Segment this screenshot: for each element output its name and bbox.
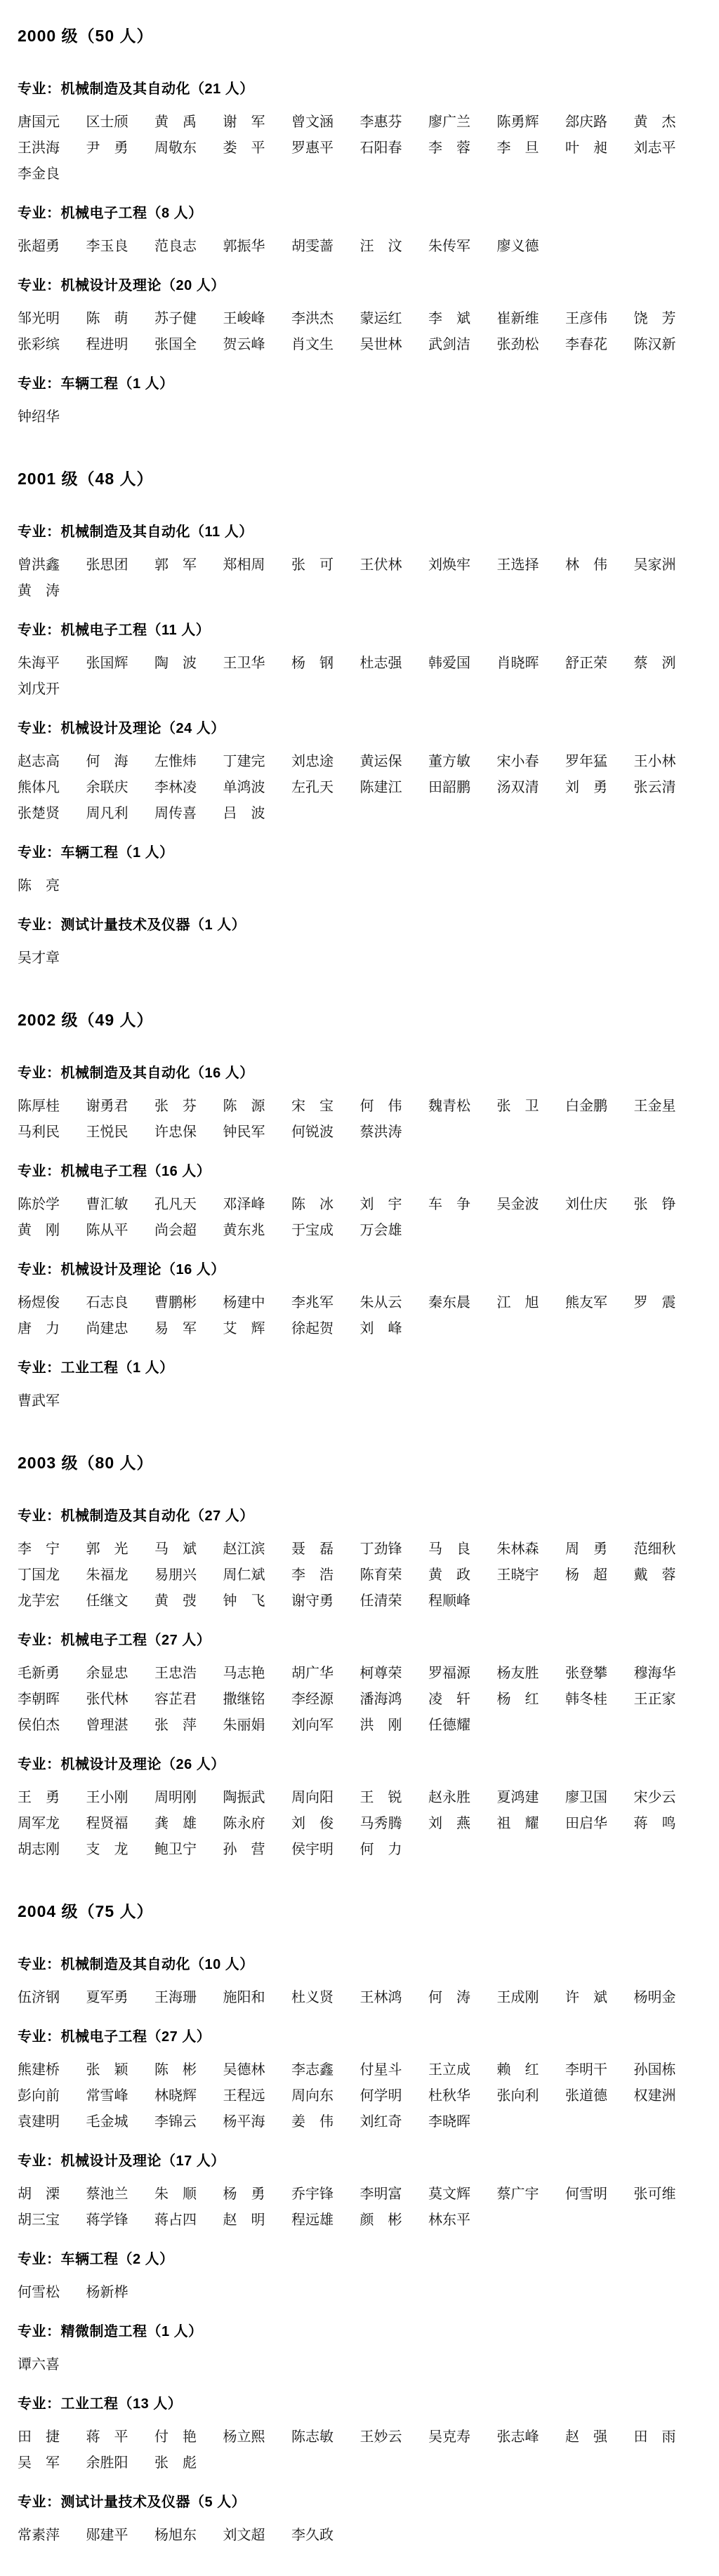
person-name: 丁国龙 (18, 1568, 86, 1583)
person-name: 张 颖 (86, 2063, 155, 2078)
person-name: 任清荣 (360, 1594, 429, 1609)
person-name: 周明刚 (154, 1791, 223, 1805)
person-name: 黄东兆 (223, 1223, 292, 1238)
person-name: 李兆军 (291, 1296, 360, 1310)
person-name: 龚 雄 (154, 1817, 223, 1831)
major-title: 专业：测试计量技术及仪器（5 人） (18, 2495, 702, 2510)
person-name: 姜 伟 (291, 2115, 360, 2130)
person-name: 毛新勇 (18, 1666, 86, 1681)
person-name: 王成刚 (497, 1991, 566, 2005)
person-name: 周凡利 (86, 806, 155, 821)
names-grid: 陈於学 曹汇敏 孔凡天 邓泽峰 陈 冰 刘 宇 车 争 吴金波 刘仕庆 张 铮 … (18, 1197, 702, 1238)
person-name: 莫文辉 (428, 2187, 497, 2202)
person-name: 舒正荣 (565, 656, 634, 671)
person-name: 付星斗 (360, 2063, 429, 2078)
major-title: 专业：机械制造及其自动化（10 人） (18, 1957, 702, 1972)
major-title: 专业：工业工程（13 人） (18, 2396, 702, 2412)
major-title: 专业：机械制造及其自动化（21 人） (18, 81, 702, 97)
cohort-section: 2001 级（48 人） 专业：机械制造及其自动化（11 人） 曾洪鑫 张思团 … (18, 470, 702, 966)
person-name: 李朝晖 (18, 1692, 86, 1707)
person-name: 汪 汶 (360, 239, 429, 254)
major-title: 专业：机械电子工程（16 人） (18, 1164, 702, 1179)
cohort-title: 2004 级（75 人） (18, 1902, 702, 1920)
person-name: 刘仕庆 (565, 1197, 634, 1212)
person-name: 魏青松 (428, 1099, 497, 1114)
person-name: 张国全 (154, 338, 223, 352)
major-section: 专业：精微制造工程（1 人） 谭六喜 (18, 2324, 702, 2372)
person-name: 杨 钢 (291, 656, 360, 671)
major-section: 专业：机械制造及其自动化（16 人） 陈厚桂 谢勇君 张 芬 陈 源 宋 宝 何… (18, 1065, 702, 1140)
names-grid: 朱海平 张国辉 陶 波 王卫华 杨 钢 杜志强 韩爱国 肖晓晖 舒正荣 蔡 洌 … (18, 656, 702, 697)
person-name: 崔新维 (497, 312, 566, 326)
person-name: 田 雨 (634, 2430, 703, 2445)
person-name: 罗惠平 (291, 141, 360, 156)
names-grid: 赵志高 何 海 左惟炜 丁建完 刘忠途 黄运保 董方敏 宋小春 罗年猛 王小林 … (18, 755, 702, 821)
person-name: 熊友军 (565, 1296, 634, 1310)
person-name: 刘红奇 (360, 2115, 429, 2130)
major-title: 专业：测试计量技术及仪器（1 人） (18, 917, 702, 933)
person-name: 朱从云 (360, 1296, 429, 1310)
person-name: 李 旦 (497, 141, 566, 156)
person-name: 周敬东 (154, 141, 223, 156)
major-title: 专业：精微制造工程（1 人） (18, 2324, 702, 2339)
major-title: 专业：机械设计及理论（20 人） (18, 278, 702, 293)
person-name: 蔡 洌 (634, 656, 703, 671)
document-page: 2000 级（50 人） 专业：机械制造及其自动化（21 人） 唐国元 区士颀 … (0, 0, 719, 2576)
person-name: 程进明 (86, 338, 155, 352)
person-name: 周军龙 (18, 1817, 86, 1831)
major-title: 专业：机械设计及理论（17 人） (18, 2153, 702, 2169)
person-name: 彭向前 (18, 2089, 86, 2104)
person-name: 赵志高 (18, 755, 86, 769)
person-name: 张 可 (291, 558, 360, 573)
person-name: 吕 波 (223, 806, 292, 821)
person-name: 钟绍华 (18, 410, 86, 425)
person-name: 王洪海 (18, 141, 86, 156)
person-name: 徐起贺 (291, 1322, 360, 1336)
person-name: 杨建中 (223, 1296, 292, 1310)
cohort-section: 2000 级（50 人） 专业：机械制造及其自动化（21 人） 唐国元 区士颀 … (18, 27, 702, 425)
person-name: 王程远 (223, 2089, 292, 2104)
names-grid: 吴才章 (18, 951, 702, 966)
person-name: 陈 亮 (18, 879, 86, 894)
person-name: 陈於学 (18, 1197, 86, 1212)
person-name: 李晓晖 (428, 2115, 497, 2130)
person-name: 张国辉 (86, 656, 155, 671)
person-name: 李金良 (18, 167, 86, 182)
person-name: 聂 磊 (291, 1542, 360, 1557)
names-grid: 王 勇 王小刚 周明刚 陶振武 周向阳 王 锐 赵永胜 夏鸿建 廖卫国 宋少云 … (18, 1791, 702, 1857)
person-name: 赵江滨 (223, 1542, 292, 1557)
person-name: 程远雄 (291, 2213, 360, 2228)
person-name: 陈汉新 (634, 338, 703, 352)
person-name: 李洪杰 (291, 312, 360, 326)
person-name: 曾理湛 (86, 1718, 155, 1733)
person-name: 毛金城 (86, 2115, 155, 2130)
major-section: 专业：机械电子工程（27 人） 毛新勇 余显忠 王忠浩 马志艳 胡广华 柯尊荣 … (18, 1633, 702, 1733)
names-grid: 唐国元 区士颀 黄 禹 谢 军 曾文涵 李惠芬 廖广兰 陈勇辉 郐庆路 黄 杰 … (18, 115, 702, 182)
major-section: 专业：车辆工程（1 人） 钟绍华 (18, 376, 702, 425)
major-section: 专业：机械设计及理论（24 人） 赵志高 何 海 左惟炜 丁建完 刘忠途 黄运保… (18, 721, 702, 821)
person-name: 刘 宇 (360, 1197, 429, 1212)
person-name: 曾文涵 (291, 115, 360, 130)
person-name: 付 艳 (154, 2430, 223, 2445)
person-name: 赖 红 (497, 2063, 566, 2078)
person-name: 朱 顺 (154, 2187, 223, 2202)
major-section: 专业：机械制造及其自动化（21 人） 唐国元 区士颀 黄 禹 谢 军 曾文涵 李… (18, 81, 702, 182)
person-name: 颜 彬 (360, 2213, 429, 2228)
person-name: 邓泽峰 (223, 1197, 292, 1212)
person-name: 李久政 (291, 2528, 360, 2543)
person-name: 陈永府 (223, 1817, 292, 1831)
person-name: 王金星 (634, 1099, 703, 1114)
person-name: 马 良 (428, 1542, 497, 1557)
person-name: 程贤福 (86, 1817, 155, 1831)
person-name: 肖晓晖 (497, 656, 566, 671)
major-section: 专业：测试计量技术及仪器（5 人） 常素萍 郧建平 杨旭东 刘文超 李久政 (18, 2495, 702, 2543)
person-name: 李 斌 (428, 312, 497, 326)
person-name: 范细秋 (634, 1542, 703, 1557)
major-title: 专业：机械电子工程（27 人） (18, 1633, 702, 1648)
names-grid: 邹光明 陈 萌 苏子健 王峻峰 李洪杰 蒙运红 李 斌 崔新维 王彦伟 饶 芳 … (18, 312, 702, 352)
major-section: 专业：机械设计及理论（16 人） 杨煜俊 石志良 曹鹏彬 杨建中 李兆军 朱从云… (18, 1262, 702, 1336)
person-name: 王小林 (634, 755, 703, 769)
names-grid: 谭六喜 (18, 2358, 702, 2372)
person-name: 程顺峰 (428, 1594, 497, 1609)
person-name: 吴世林 (360, 338, 429, 352)
person-name: 蒋 平 (86, 2430, 155, 2445)
major-section: 专业：工业工程（1 人） 曹武军 (18, 1360, 702, 1409)
person-name: 曾洪鑫 (18, 558, 86, 573)
person-name: 杜义贤 (291, 1991, 360, 2005)
person-name: 王 锐 (360, 1791, 429, 1805)
person-name: 李明富 (360, 2187, 429, 2202)
person-name: 张 铮 (634, 1197, 703, 1212)
person-name: 王 勇 (18, 1791, 86, 1805)
cohort-section: 2003 级（80 人） 专业：机械制造及其自动化（27 人） 李 宁 郭 光 … (18, 1454, 702, 1857)
person-name: 周仁斌 (223, 1568, 292, 1583)
person-name: 蔡广宇 (497, 2187, 566, 2202)
major-section: 专业：机械设计及理论（26 人） 王 勇 王小刚 周明刚 陶振武 周向阳 王 锐… (18, 1757, 702, 1857)
person-name: 杨平海 (223, 2115, 292, 2130)
major-section: 专业：机械电子工程（11 人） 朱海平 张国辉 陶 波 王卫华 杨 钢 杜志强 … (18, 623, 702, 697)
person-name: 王伏林 (360, 558, 429, 573)
person-name: 熊体凡 (18, 781, 86, 795)
person-name: 杨友胜 (497, 1666, 566, 1681)
person-name: 陶振武 (223, 1791, 292, 1805)
person-name: 余胜阳 (86, 2456, 155, 2471)
person-name: 饶 芳 (634, 312, 703, 326)
person-name: 娄 平 (223, 141, 292, 156)
major-title: 专业：工业工程（1 人） (18, 1360, 702, 1376)
major-title: 专业：机械制造及其自动化（11 人） (18, 524, 702, 540)
names-grid: 胡 溧 蔡池兰 朱 顺 杨 勇 乔宇锋 李明富 莫文辉 蔡广宇 何雪明 张可维 … (18, 2187, 702, 2228)
person-name: 唐 力 (18, 1322, 86, 1336)
person-name: 杜志强 (360, 656, 429, 671)
major-title: 专业：车辆工程（2 人） (18, 2252, 702, 2267)
person-name: 廖义德 (497, 239, 566, 254)
person-name: 刘戊开 (18, 682, 86, 697)
person-name: 田 捷 (18, 2430, 86, 2445)
person-name: 车 争 (428, 1197, 497, 1212)
person-name: 韩爱国 (428, 656, 497, 671)
person-name: 张 芬 (154, 1099, 223, 1114)
person-name: 陈 萌 (86, 312, 155, 326)
person-name: 龙芋宏 (18, 1594, 86, 1609)
person-name: 张可维 (634, 2187, 703, 2202)
person-name: 林东平 (428, 2213, 497, 2228)
person-name: 李玉良 (86, 239, 155, 254)
person-name: 王立成 (428, 2063, 497, 2078)
major-section: 专业：工业工程（13 人） 田 捷 蒋 平 付 艳 杨立熙 陈志敏 王妙云 吴克… (18, 2396, 702, 2471)
person-name: 易 军 (154, 1322, 223, 1336)
person-name: 张向利 (497, 2089, 566, 2104)
person-name: 吴家洲 (634, 558, 703, 573)
person-name: 王彦伟 (565, 312, 634, 326)
person-name: 石阳春 (360, 141, 429, 156)
person-name: 袁建明 (18, 2115, 86, 2130)
person-name: 张 彪 (154, 2456, 223, 2471)
person-name: 任德耀 (428, 1718, 497, 1733)
person-name: 叶 昶 (565, 141, 634, 156)
person-name: 陈建江 (360, 781, 429, 795)
person-name: 廖广兰 (428, 115, 497, 130)
names-grid: 陈厚桂 谢勇君 张 芬 陈 源 宋 宝 何 伟 魏青松 张 卫 白金鹏 王金星 … (18, 1099, 702, 1140)
person-name: 吴 军 (18, 2456, 86, 2471)
names-grid: 曾洪鑫 张思团 郭 军 郑相周 张 可 王伏林 刘焕牢 王选择 林 伟 吴家洲 … (18, 558, 702, 599)
person-name: 乔宇锋 (291, 2187, 360, 2202)
person-name: 武剑洁 (428, 338, 497, 352)
person-name: 陈育荣 (360, 1568, 429, 1583)
person-name: 蒋 鸣 (634, 1817, 703, 1831)
person-name: 秦东晨 (428, 1296, 497, 1310)
person-name: 何雪松 (18, 2285, 86, 2300)
major-section: 专业：机械制造及其自动化（10 人） 伍济钢 夏军勇 王海珊 施阳和 杜义贤 王… (18, 1957, 702, 2005)
names-grid: 何雪松 杨新桦 (18, 2285, 702, 2300)
person-name: 戴 蓉 (634, 1568, 703, 1583)
major-title: 专业：机械制造及其自动化（16 人） (18, 1065, 702, 1081)
major-title: 专业：车辆工程（1 人） (18, 376, 702, 392)
person-name: 刘志平 (634, 141, 703, 156)
major-section: 专业：测试计量技术及仪器（1 人） 吴才章 (18, 917, 702, 966)
person-name: 黄 弢 (154, 1594, 223, 1609)
person-name: 林晓辉 (154, 2089, 223, 2104)
person-name: 张志峰 (497, 2430, 566, 2445)
major-section: 专业：机械电子工程（16 人） 陈於学 曹汇敏 孔凡天 邓泽峰 陈 冰 刘 宇 … (18, 1164, 702, 1238)
major-section: 专业：机械电子工程（8 人） 张超勇 李玉良 范良志 郭振华 胡雯蔷 汪 汶 朱… (18, 206, 702, 254)
person-name: 王妙云 (360, 2430, 429, 2445)
person-name: 穆海华 (634, 1666, 703, 1681)
person-name: 蒋占四 (154, 2213, 223, 2228)
person-name: 黄 禹 (154, 115, 223, 130)
person-name: 周向东 (291, 2089, 360, 2104)
person-name: 何学明 (360, 2089, 429, 2104)
person-name: 刘焕牢 (428, 558, 497, 573)
person-name: 左惟炜 (154, 755, 223, 769)
person-name: 罗 震 (634, 1296, 703, 1310)
person-name: 李 浩 (291, 1568, 360, 1583)
person-name: 张劲松 (497, 338, 566, 352)
person-name: 谢勇君 (86, 1099, 155, 1114)
person-name: 蔡洪涛 (360, 1125, 429, 1140)
person-name: 杜秋华 (428, 2089, 497, 2104)
person-name: 易朋兴 (154, 1568, 223, 1583)
person-name: 区士颀 (86, 115, 155, 130)
person-name: 王卫华 (223, 656, 292, 671)
person-name: 李 宁 (18, 1542, 86, 1557)
person-name: 杨旭东 (154, 2528, 223, 2543)
person-name: 丁建完 (223, 755, 292, 769)
person-name: 夏军勇 (86, 1991, 155, 2005)
person-name: 谢 军 (223, 115, 292, 130)
person-name: 夏鸿建 (497, 1791, 566, 1805)
person-name: 苏子健 (154, 312, 223, 326)
person-name: 朱丽娟 (223, 1718, 292, 1733)
person-name: 陈 源 (223, 1099, 292, 1114)
names-grid: 田 捷 蒋 平 付 艳 杨立熙 陈志敏 王妙云 吴克寿 张志峰 赵 强 田 雨 … (18, 2430, 702, 2471)
person-name: 胡志刚 (18, 1843, 86, 1857)
person-name: 孙国栋 (634, 2063, 703, 2078)
person-name: 贺云峰 (223, 338, 292, 352)
person-name: 黄运保 (360, 755, 429, 769)
person-name: 尚建忠 (86, 1322, 155, 1336)
person-name: 罗年猛 (565, 755, 634, 769)
person-name: 李春花 (565, 338, 634, 352)
person-name: 许忠保 (154, 1125, 223, 1140)
person-name: 张 萍 (154, 1718, 223, 1733)
person-name: 李明干 (565, 2063, 634, 2078)
cohort-title: 2001 级（48 人） (18, 470, 702, 488)
person-name: 陈厚桂 (18, 1099, 86, 1114)
major-title: 专业：机械电子工程（11 人） (18, 623, 702, 638)
person-name: 杨煜俊 (18, 1296, 86, 1310)
person-name: 丁劲锋 (360, 1542, 429, 1557)
person-name: 余联庆 (86, 781, 155, 795)
person-name: 朱传军 (428, 239, 497, 254)
person-name: 蒋学锋 (86, 2213, 155, 2228)
person-name: 唐国元 (18, 115, 86, 130)
person-name: 于宝成 (291, 1223, 360, 1238)
person-name: 余显忠 (86, 1666, 155, 1681)
person-name: 郭振华 (223, 239, 292, 254)
person-name: 王小刚 (86, 1791, 155, 1805)
person-name: 江 旭 (497, 1296, 566, 1310)
person-name: 撒继铭 (223, 1692, 292, 1707)
person-name: 尹 勇 (86, 141, 155, 156)
major-title: 专业：机械设计及理论（16 人） (18, 1262, 702, 1277)
person-name: 左孔天 (291, 781, 360, 795)
person-name: 周向阳 (291, 1791, 360, 1805)
person-name: 马秀腾 (360, 1817, 429, 1831)
person-name: 廖卫国 (565, 1791, 634, 1805)
person-name: 洪 刚 (360, 1718, 429, 1733)
names-grid: 钟绍华 (18, 410, 702, 425)
person-name: 赵永胜 (428, 1791, 497, 1805)
person-name: 张彩缤 (18, 338, 86, 352)
person-name: 王林鸿 (360, 1991, 429, 2005)
person-name: 王晓宇 (497, 1568, 566, 1583)
person-name: 赵 明 (223, 2213, 292, 2228)
person-name: 鲍卫宁 (154, 1843, 223, 1857)
person-name: 侯伯杰 (18, 1718, 86, 1733)
person-name: 熊建桥 (18, 2063, 86, 2078)
person-name: 朱福龙 (86, 1568, 155, 1583)
major-section: 专业：车辆工程（1 人） 陈 亮 (18, 845, 702, 894)
person-name: 陈 彬 (154, 2063, 223, 2078)
person-name: 张思团 (86, 558, 155, 573)
person-name: 孔凡天 (154, 1197, 223, 1212)
person-name: 宋 宝 (291, 1099, 360, 1114)
person-name: 张 卫 (497, 1099, 566, 1114)
person-name: 郑相周 (223, 558, 292, 573)
person-name: 黄 涛 (18, 584, 86, 599)
person-name: 任继文 (86, 1594, 155, 1609)
person-name: 朱林森 (497, 1542, 566, 1557)
names-grid: 张超勇 李玉良 范良志 郭振华 胡雯蔷 汪 汶 朱传军 廖义德 (18, 239, 702, 254)
person-name: 林 伟 (565, 558, 634, 573)
major-title: 专业：机械制造及其自动化（27 人） (18, 1508, 702, 1524)
major-section: 专业：机械电子工程（27 人） 熊建桥 张 颖 陈 彬 吴德林 李志鑫 付星斗 … (18, 2029, 702, 2130)
person-name: 郭 军 (154, 558, 223, 573)
person-name: 张代林 (86, 1692, 155, 1707)
person-name: 李经源 (291, 1692, 360, 1707)
person-name: 邹光明 (18, 312, 86, 326)
cohort-title: 2000 级（50 人） (18, 27, 702, 45)
major-section: 专业：机械制造及其自动化（27 人） 李 宁 郭 光 马 斌 赵江滨 聂 磊 丁… (18, 1508, 702, 1609)
person-name: 胡 溧 (18, 2187, 86, 2202)
person-name: 张云清 (634, 781, 703, 795)
person-name: 钟 飞 (223, 1594, 292, 1609)
person-name: 范良志 (154, 239, 223, 254)
person-name: 刘 勇 (565, 781, 634, 795)
person-name: 谢守勇 (291, 1594, 360, 1609)
person-name: 杨 红 (497, 1692, 566, 1707)
person-name: 李惠芬 (360, 115, 429, 130)
person-name: 王峻峰 (223, 312, 292, 326)
person-name: 马利民 (18, 1125, 86, 1140)
person-name: 杨明金 (634, 1991, 703, 2005)
person-name: 田启华 (565, 1817, 634, 1831)
person-name: 罗福源 (428, 1666, 497, 1681)
person-name: 刘 燕 (428, 1817, 497, 1831)
person-name: 胡三宝 (18, 2213, 86, 2228)
major-title: 专业：机械设计及理论（26 人） (18, 1757, 702, 1772)
person-name: 杨 超 (565, 1568, 634, 1583)
person-name: 张登攀 (565, 1666, 634, 1681)
person-name: 肖文生 (291, 338, 360, 352)
person-name: 刘文超 (223, 2528, 292, 2543)
major-section: 专业：车辆工程（2 人） 何雪松 杨新桦 (18, 2252, 702, 2300)
names-grid: 陈 亮 (18, 879, 702, 894)
person-name: 常雪峰 (86, 2089, 155, 2104)
person-name: 何锐波 (291, 1125, 360, 1140)
person-name: 张道德 (565, 2089, 634, 2104)
person-name: 杨立熙 (223, 2430, 292, 2445)
person-name: 许 斌 (565, 1991, 634, 2005)
person-name: 董方敏 (428, 755, 497, 769)
person-name: 马 斌 (154, 1542, 223, 1557)
person-name: 马志艳 (223, 1666, 292, 1681)
person-name: 尚会超 (154, 1223, 223, 1238)
names-grid: 李 宁 郭 光 马 斌 赵江滨 聂 磊 丁劲锋 马 良 朱林森 周 勇 范细秋 … (18, 1542, 702, 1609)
person-name: 杨新桦 (86, 2285, 155, 2300)
cohort-title: 2002 级（49 人） (18, 1011, 702, 1029)
names-grid: 曹武军 (18, 1394, 702, 1409)
person-name: 周 勇 (565, 1542, 634, 1557)
person-name: 常素萍 (18, 2528, 86, 2543)
person-name: 何雪明 (565, 2187, 634, 2202)
person-name: 艾 辉 (223, 1322, 292, 1336)
